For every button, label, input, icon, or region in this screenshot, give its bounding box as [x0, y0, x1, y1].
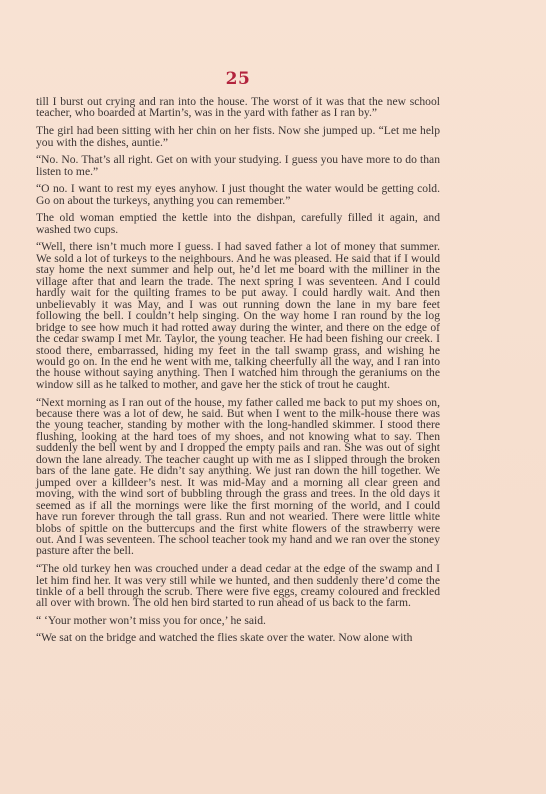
- page-number: 25: [0, 69, 476, 89]
- paragraph: The girl had been sitting with her chin …: [36, 125, 440, 148]
- paragraph: “Next morning as I ran out of the house,…: [36, 397, 440, 557]
- book-page: 25 till I burst out crying and ran into …: [0, 0, 546, 794]
- paragraph: “Well, there isn’t much more I guess. I …: [36, 241, 440, 390]
- paragraph: “ ‘Your mother won’t miss you for once,’…: [36, 615, 440, 626]
- paragraph: “We sat on the bridge and watched the fl…: [36, 632, 440, 643]
- paragraph: “The old turkey hen was crouched under a…: [36, 563, 440, 609]
- paragraph: “O no. I want to rest my eyes anyhow. I …: [36, 183, 440, 206]
- paragraph: till I burst out crying and ran into the…: [36, 96, 440, 119]
- paragraph: The old woman emptied the kettle into th…: [36, 212, 440, 235]
- body-text: till I burst out crying and ran into the…: [36, 96, 440, 649]
- paragraph: “No. No. That’s all right. Get on with y…: [36, 154, 440, 177]
